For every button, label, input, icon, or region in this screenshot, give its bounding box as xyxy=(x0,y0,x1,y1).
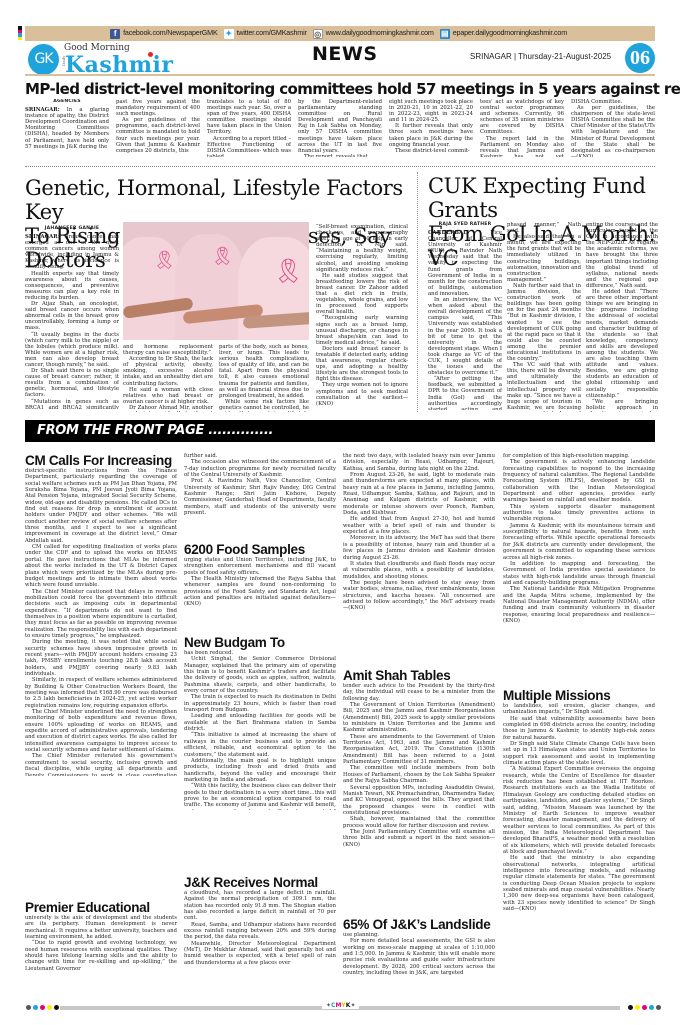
paragraph: According to Dr Shah, the lack of physic… xyxy=(123,356,213,386)
paragraph: Meanwhile, Director Meteorological Depar… xyxy=(184,941,336,966)
paragraph: The Government of Union Territories (Ame… xyxy=(343,702,495,734)
paragraph: He said that the ministry is also expand… xyxy=(503,855,655,912)
paragraph: The people have been advised to stay awa… xyxy=(343,580,495,612)
paragraph: by the Department-related parliamentary … xyxy=(298,99,382,154)
paragraph: phased manner,” Nath said. xyxy=(507,222,581,234)
paragraph: According to a report titled – Effective… xyxy=(207,136,291,157)
paragraph: Moreover, in its advisory, the MeT has s… xyxy=(343,535,495,560)
masthead-rule xyxy=(25,74,655,76)
paragraph: The committee will include members from … xyxy=(343,765,495,784)
paragraph: The Joint Parliamentary Committee will e… xyxy=(343,829,495,848)
lead-col-4: by the Department-related parliamentary … xyxy=(298,99,382,157)
cancer-col-3: parts of the body, such as bones, liver,… xyxy=(219,344,309,412)
cancer-col-4: “Self-breast examination, clinical check… xyxy=(316,224,408,412)
paragraph: He also said that “In a month, we are ex… xyxy=(507,234,581,283)
paragraph: “It usually begins in the ducts (which c… xyxy=(25,332,119,369)
paragraph: The National Landslide Risk Mitigation P… xyxy=(503,586,655,624)
paragraph: “A National Expert Committee oversees th… xyxy=(503,766,655,855)
lead-story-body: AGENCIES SRINAGAR: In a glaring instance… xyxy=(25,99,655,157)
byline: RAJA SYED RATHER xyxy=(428,222,502,227)
paragraph: Dr Zahoor Ahmad Mir, another oncologist,… xyxy=(123,405,213,412)
paragraph: Jammu & Kashmir, with its mountainous te… xyxy=(503,523,655,561)
paragraph: “Self-breast examination, clinical check… xyxy=(316,224,408,273)
social-website[interactable]: ◎www.dailygoodmorningkashmir.com xyxy=(313,28,434,38)
paragraph: enting the courses and the curriculum ta… xyxy=(586,222,658,289)
facebook-icon: f xyxy=(110,29,120,39)
paragraph: “This initiative is aimed at increasing … xyxy=(184,732,336,757)
paragraph: Dr Singh said State Climate Change Cells… xyxy=(503,741,655,766)
story-weather-continued: the next two days, with isolated heavy r… xyxy=(343,453,495,658)
paragraph: “Due to rapid growth and evolving techno… xyxy=(25,940,177,972)
byline: JAHANGEER GANAIE xyxy=(25,226,119,231)
paragraph: Loading and unloading facilities for goo… xyxy=(184,713,336,732)
paragraph: The Chief Minister reiterated his govern… xyxy=(25,753,177,776)
divider xyxy=(25,166,655,167)
print-color-dots-left xyxy=(26,1005,59,1010)
column-divider xyxy=(417,172,418,412)
paragraph: It further reveals that only three such … xyxy=(389,123,473,147)
paragraph: The VC said that with this, there will b… xyxy=(507,362,581,412)
cmyk-mark: ✦CMYK✦ xyxy=(322,1002,359,1009)
pink-ribbon-icon: 🎗 xyxy=(211,246,234,267)
cuk-col-2: phased manner,” Nath said.He also said t… xyxy=(507,222,581,412)
print-color-dots-right xyxy=(628,1005,661,1010)
paragraph: As per guidelines of the programme, each… xyxy=(116,117,200,154)
lead-headline: MP-led district-level monitoring committ… xyxy=(25,80,655,98)
pink-ribbon-icon: 🎗 xyxy=(153,250,176,271)
story-text: a cloudburst, has recorded a large defic… xyxy=(184,890,336,1000)
paragraph: district-specific instructions from the … xyxy=(25,468,177,544)
paragraph: Health experts say that timely awareness… xyxy=(25,271,119,301)
paragraph: Shah, however, maintained that the commi… xyxy=(343,816,495,829)
paragraph: From August 23-26, he said, light to mod… xyxy=(343,472,495,516)
paragraph: “With this facility, the business class … xyxy=(184,783,336,810)
paragraph: He said studies suggest that breastfeedi… xyxy=(316,273,408,316)
paragraph: During the meeting, it was noted that wh… xyxy=(25,639,177,677)
story-cm-calls: CM Calls For Increasing district-specifi… xyxy=(25,453,177,778)
twitter-icon: ✦ xyxy=(224,29,234,39)
jump-headline: J&K Receives Normal xyxy=(184,875,336,890)
social-facebook[interactable]: ffacebook.com/NewspaperGMK xyxy=(110,28,217,38)
jump-headline: Multiple Missions xyxy=(503,688,655,703)
web-icon: ◎ xyxy=(313,29,323,39)
paragraph: He added that “There are three other imp… xyxy=(586,289,658,399)
gk-logo-mark: GK xyxy=(28,44,59,75)
jump-headline: Premier Educational xyxy=(25,900,177,915)
story-text: university is the axis of development an… xyxy=(25,915,177,997)
page-number-badge: 06 xyxy=(625,43,655,73)
social-links-bar: ffacebook.com/NewspaperGMK ✦twitter.com/… xyxy=(25,26,655,41)
jump-headline: New Budgam To xyxy=(184,635,336,650)
jump-headline: 6200 Food Samples xyxy=(184,542,336,557)
paragraph: past five years against the mandatory re… xyxy=(116,99,200,117)
paragraph: For more detailed local assessments, the… xyxy=(343,938,495,976)
paragraph: CM called for expediting finalization of… xyxy=(25,544,177,588)
paragraph: He added that from August 27-30, hot and… xyxy=(343,516,495,535)
story-premier-educational: Premier Educational university is the ax… xyxy=(25,900,177,1000)
from-the-front-page-banner: FROM THE FRONT PAGE .............. xyxy=(25,420,655,442)
epaper-icon: ▤ xyxy=(440,29,450,39)
jump-headline: CM Calls For Increasing xyxy=(25,453,177,468)
logo-red-dot xyxy=(148,52,153,57)
story-text: to landslides, soil erosion, glacier cha… xyxy=(503,703,655,988)
paragraph: The Health Ministry informed the Rajya S… xyxy=(184,576,336,608)
pink-ribbon-icon: 🎗 xyxy=(273,257,303,285)
paragraph: Similarly, in respect of welfare schemes… xyxy=(25,677,177,709)
lead-col-5: eight such meetings took place in 2020-2… xyxy=(389,99,473,157)
paragraph: and hormone replacement therapy can rais… xyxy=(123,344,213,356)
story-text: district-specific instructions from the … xyxy=(25,468,177,776)
paragraph: He said that vulnerability assessments h… xyxy=(503,716,655,741)
paragraph: Dr Aijaz Shah, an oncologist, said breas… xyxy=(25,301,119,331)
paragraph: These are amendments to the Government o… xyxy=(343,734,495,766)
paragraph: Reasi, Samba, and Udhampur stations have… xyxy=(184,922,336,941)
paragraph: “Mutations in genes such as BRCA1 and BR… xyxy=(25,399,119,409)
story-text: urging states and Union Territories, inc… xyxy=(184,557,336,621)
story-landslide-continued: for completion of this high-resolution m… xyxy=(503,453,655,681)
paragraph: While some risk factors like genetics ca… xyxy=(219,399,309,412)
paragraph: translates to a total of 80 meetings eac… xyxy=(207,99,291,136)
paragraph: the next two days, with isolated heavy r… xyxy=(343,453,495,472)
paragraph: It states that cloudbursts and flash flo… xyxy=(343,561,495,580)
cuk-text-1: GANDERBAL: Vice Chancellor of Central Un… xyxy=(428,230,502,410)
social-epaper[interactable]: ▤epaper.dailygoodmorningkashmir.com xyxy=(440,28,567,38)
cancer-col-2: and hormone replacement therapy can rais… xyxy=(123,344,213,412)
cancer-col-1: JAHANGEER GANAIE SRINAGAR: Breast cancer… xyxy=(25,226,119,412)
story-new-budgam: New Budgam To has been reduced.Uchit Sin… xyxy=(184,635,336,810)
paragraph: In addition to mapping and forecasting, … xyxy=(503,561,655,586)
story-text: use planning.For more detailed local ass… xyxy=(343,932,495,1000)
paragraph: “After getting the feedback, we submitte… xyxy=(428,376,502,410)
paragraph: Additionally, the main goal is to highli… xyxy=(184,758,336,783)
cancer-text-1: SRINAGAR: Breast cancer has emerged as o… xyxy=(25,234,119,409)
paragraph: urging states and Union Territories, inc… xyxy=(184,557,336,576)
paragraph: a cloudburst, has recorded a large defic… xyxy=(184,890,336,922)
paragraph: The report laid in the Parliament on Mon… xyxy=(480,136,564,157)
registration-marks xyxy=(18,26,22,40)
story-amit-shah-tables: Amit Shah Tables tender such advice to t… xyxy=(343,668,495,848)
paragraph: SRINAGAR: Breast cancer has emerged as o… xyxy=(25,234,119,271)
paragraph: Dr Shah said there is no single cause of… xyxy=(25,368,119,398)
paragraph: Prof. A. Ravindra Nath, Vice Chancellor,… xyxy=(184,478,336,516)
story-cuk-continued: further said.The occasion also witnessed… xyxy=(184,453,336,533)
paragraph: The government is actively enhancing lan… xyxy=(503,459,655,503)
paragraph: These district-level commit- xyxy=(389,148,473,154)
paragraph: The Chief Minister underlined the need t… xyxy=(25,709,177,753)
story-text: has been reduced.Uchit Singhal, the Seni… xyxy=(184,650,336,810)
paragraph: The Chief Minister cautioned that delays… xyxy=(25,589,177,640)
paragraph: In an interview, the VC when asked about… xyxy=(428,297,502,376)
paragraph: This system supports disaster management… xyxy=(503,504,655,523)
lead-col-1: AGENCIES SRINAGAR: In a glaring instance… xyxy=(25,99,109,157)
paragraph: As per guidelines, the chairperson of th… xyxy=(571,105,655,157)
paragraph: tender such advice to the President by t… xyxy=(343,683,495,702)
paragraph: He said a woman with close relatives who… xyxy=(123,387,213,405)
lead-col-2: past five years against the mandatory re… xyxy=(116,99,200,157)
story-food-samples: 6200 Food Samples urging states and Unio… xyxy=(184,542,336,622)
paragraph: Several opposition MPs, including Asadud… xyxy=(343,785,495,817)
paragraph: “Recognising early warning signs such as… xyxy=(316,315,408,345)
story-multiple-missions: Multiple Missions to landslides, soil er… xyxy=(503,688,655,988)
story-landslide: 65% Of J&K’s Landslide use planning.For … xyxy=(343,917,495,1002)
section-title: NEWS xyxy=(312,43,378,65)
breast-cancer-photo: 🎗 🎗 🎗 xyxy=(123,222,309,340)
paragraph: They urge women not to ignore symptoms a… xyxy=(316,382,408,406)
lead-col-3: translates to a total of 80 meetings eac… xyxy=(207,99,291,157)
paragraph: tees' act as watchdogs of key central se… xyxy=(480,99,564,136)
paragraph: The train is expected to reach its desti… xyxy=(184,694,336,713)
social-twitter[interactable]: ✦twitter.com/GMKashmir xyxy=(224,28,307,38)
lead-col-6: tees' act as watchdogs of key central se… xyxy=(480,99,564,157)
paragraph: parts of the body, such as bones, liver,… xyxy=(219,344,309,399)
jump-headline: Amit Shah Tables xyxy=(343,668,495,683)
story-jk-receives-normal: J&K Receives Normal a cloudburst, has re… xyxy=(184,875,336,1000)
lead-col-7: DISHA Committee.As per guidelines, the c… xyxy=(571,99,655,157)
paragraph: eight such meetings took place in 2020-2… xyxy=(389,99,473,123)
jump-headline: 65% Of J&K’s Landslide xyxy=(343,917,495,932)
paragraph: to landslides, soil erosion, glacier cha… xyxy=(503,703,655,716)
story-text: tender such advice to the President by t… xyxy=(343,683,495,848)
paragraph: Nath further said that in Jammu division… xyxy=(507,283,581,362)
paragraph: Uchit Singhal, the Senior Commerce Divis… xyxy=(184,656,336,694)
paragraph: “We are bringing holistic approach in ed… xyxy=(586,399,658,412)
paragraph: Doctors said breast cancer is treatable … xyxy=(316,346,408,383)
cuk-col-1: RAJA SYED RATHER GANDERBAL: Vice Chancel… xyxy=(428,222,502,412)
paragraph: The occasion also witnessed the commence… xyxy=(184,459,336,478)
paragraph: university is the axis of development an… xyxy=(25,915,177,940)
page-dateline: SRINAGAR | Thursday-21-August-2025 xyxy=(470,52,611,61)
paragraph: GANDERBAL: Vice Chancellor of Central Un… xyxy=(428,230,502,297)
byline: AGENCIES xyxy=(25,99,109,105)
paragraph: The report, reveals that xyxy=(298,154,382,157)
cuk-col-3: enting the courses and the curriculum ta… xyxy=(586,222,658,412)
